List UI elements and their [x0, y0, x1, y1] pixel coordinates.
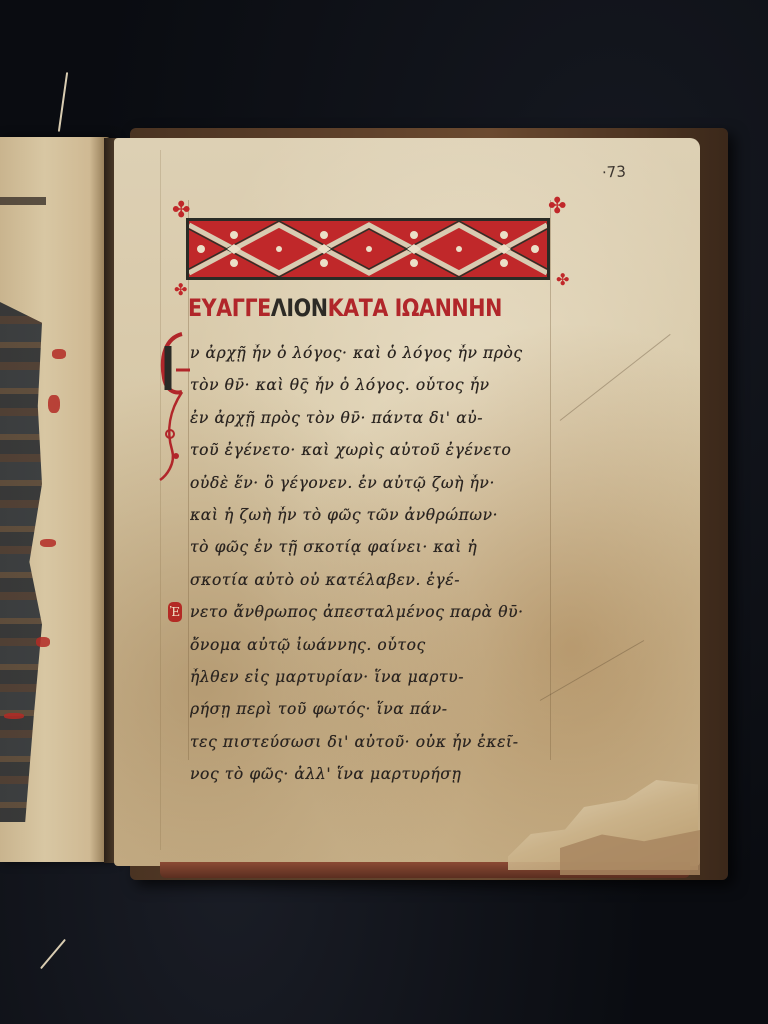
left-page-illumination-border [0, 197, 46, 205]
text-line: τὸ φῶς ἐν τῇ σκοτίᾳ φαίνει· καὶ ἡ [190, 538, 548, 570]
text-line: καὶ ἡ ζωὴ ἦν τὸ φῶς τῶν ἀνθρώπων· [190, 506, 548, 538]
rubric-part-black: ΛΙΟΝ [271, 294, 328, 322]
left-facing-page [0, 137, 112, 862]
rubric-part-red: ΕΥΑΓΓΕ [188, 294, 271, 322]
text-line: ν ἀρχῇ ἦν ὁ λόγος· καὶ ὁ λόγος ἦν πρὸς [190, 344, 548, 376]
text-line: νος τὸ φῶς· ἀλλ' ἵνα μαρτυρήσῃ [190, 765, 548, 797]
text-line: τοῦ ἐγένετο· καὶ χωρὶς αὐτοῦ ἐγένετο [190, 441, 548, 473]
text-line: νετο ἄνθρωπος ἀπεσταλμένος παρὰ θῡ· [190, 603, 548, 635]
decorative-headpiece [186, 218, 550, 280]
red-pigment-trace [40, 539, 56, 547]
text-line: τες πιστεύσωσι δι' αὐτοῦ· οὐκ ἦν ἐκεῖ- [190, 733, 548, 765]
rubric-part-red: ΚΑΤΑ ΙΩΑΝΝΗΝ [328, 294, 502, 322]
folio-number: ·73 [602, 162, 627, 181]
text-line: ἐν ἀρχῇ πρὸς τὸν θν̄· πάντα δι' αὐ- [190, 409, 548, 441]
text-line: ὄνομα αὐτῷ ἰωάννης. οὗτος [190, 636, 548, 668]
text-line: οὐδὲ ἕν· ὃ γέγονεν. ἐν αὐτῷ ζωὴ ἦν· [190, 474, 548, 506]
text-line: ἦλθεν εἰς μαρτυρίαν· ἵνα μαρτυ- [190, 668, 548, 700]
interlace-ornament-icon [189, 221, 547, 277]
red-pigment-trace [36, 637, 50, 647]
initial-letter-icon [156, 330, 192, 490]
gospel-text-block: ν ἀρχῇ ἦν ὁ λόγος· καὶ ὁ λόγος ἦν πρὸς τ… [190, 344, 548, 797]
ruling-line [550, 200, 551, 760]
headpiece-corner-flourish-icon: ✤ [172, 200, 190, 222]
gospel-title-rubric: ΕΥΑΓΓΕΛΙΟΝΚΑΤΑ ΙΩΑΝΝΗΝ [188, 294, 498, 322]
red-pigment-trace [48, 395, 60, 413]
red-pigment-trace [52, 349, 66, 359]
red-pigment-trace [4, 713, 24, 719]
left-page-faded-miniature [0, 302, 42, 822]
marginal-initial: Ἐ [168, 602, 182, 622]
ruling-line [160, 150, 161, 850]
decorated-initial-epsilon [156, 330, 192, 490]
text-line: σκοτία αὐτὸ οὐ κατέλαβεν. ἐγέ- [190, 571, 548, 603]
headpiece-corner-flourish-icon: ✤ [548, 196, 566, 218]
text-line: ρήσῃ περὶ τοῦ φωτός· ἵνα πάν- [190, 700, 548, 732]
headpiece-corner-flourish-icon: ✤ [174, 282, 187, 298]
text-line: τὸν θν̄· καὶ θς̄ ἦν ὁ λόγος. οὗτος ἦν [190, 376, 548, 408]
headpiece-corner-flourish-icon: ✤ [556, 272, 569, 288]
